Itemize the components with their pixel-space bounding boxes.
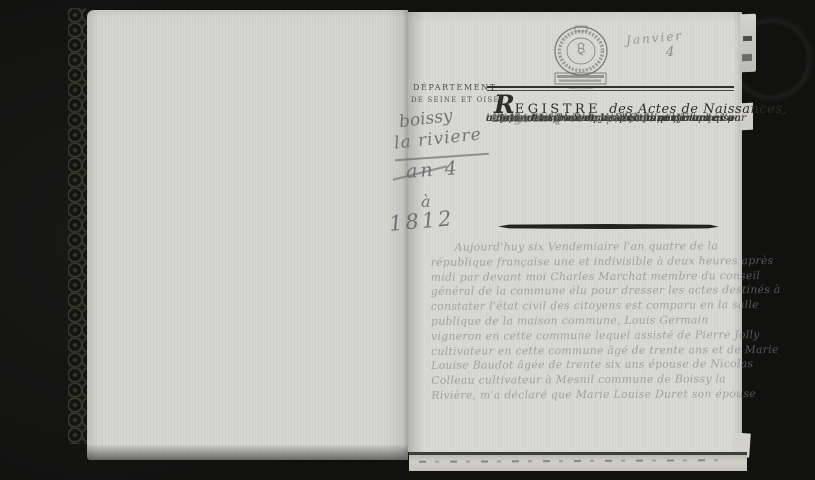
next-page-edge [409, 452, 747, 471]
department-heading-line2: DE SEINE ET OISE. [411, 96, 503, 104]
manuscript-line: Colleau cultivateur à Mesnil commune de … [431, 372, 743, 388]
manuscript-line: Rivière, m'a déclaré que Marie Louise Du… [431, 387, 743, 403]
marbled-cover-edge [68, 8, 89, 444]
official-oval-stamp-icon [548, 24, 616, 92]
tab-ink-mark [742, 54, 752, 61]
manuscript-line: publique de la maison commune, Louis Ger… [431, 313, 743, 329]
manuscript-birth-act: Aujourd'huy six Vendemiaire l'an quatre … [431, 239, 744, 403]
manuscript-line: général de la commune élu pour dresser l… [431, 284, 743, 300]
manuscript-line: constater l'état civil des citoyens est … [431, 298, 743, 314]
manuscript-line: Louise Baudot âgée de trente six ans épo… [431, 358, 743, 374]
department-heading-line1: DÉPARTEMENT [413, 83, 497, 92]
tab-ink-mark [743, 36, 752, 41]
left-blank-page [87, 10, 408, 460]
swelled-rule-divider [498, 224, 719, 229]
pencil-note-number: 4 [666, 45, 674, 60]
manuscript-line: Aujourd'huy six Vendemiaire l'an quatre … [431, 239, 743, 255]
manuscript-line: république française une et indivisible … [431, 254, 743, 270]
faint-handwriting-scribble [419, 459, 729, 463]
manuscript-line: cultivateur en cette commune âgé de tren… [431, 343, 743, 359]
manuscript-line: vigneron en cette commune lequel assisté… [431, 328, 743, 344]
manuscript-line: midi par devant moi Charles Marchat memb… [431, 269, 743, 285]
book-scan: Janvier 4 DÉPARTEMENT DE SEINE ET OISE. … [0, 0, 815, 480]
handwritten-signature: Labaulle près le présid. [492, 111, 654, 125]
double-rule-top [487, 86, 734, 88]
page-edge-tab [740, 14, 756, 73]
